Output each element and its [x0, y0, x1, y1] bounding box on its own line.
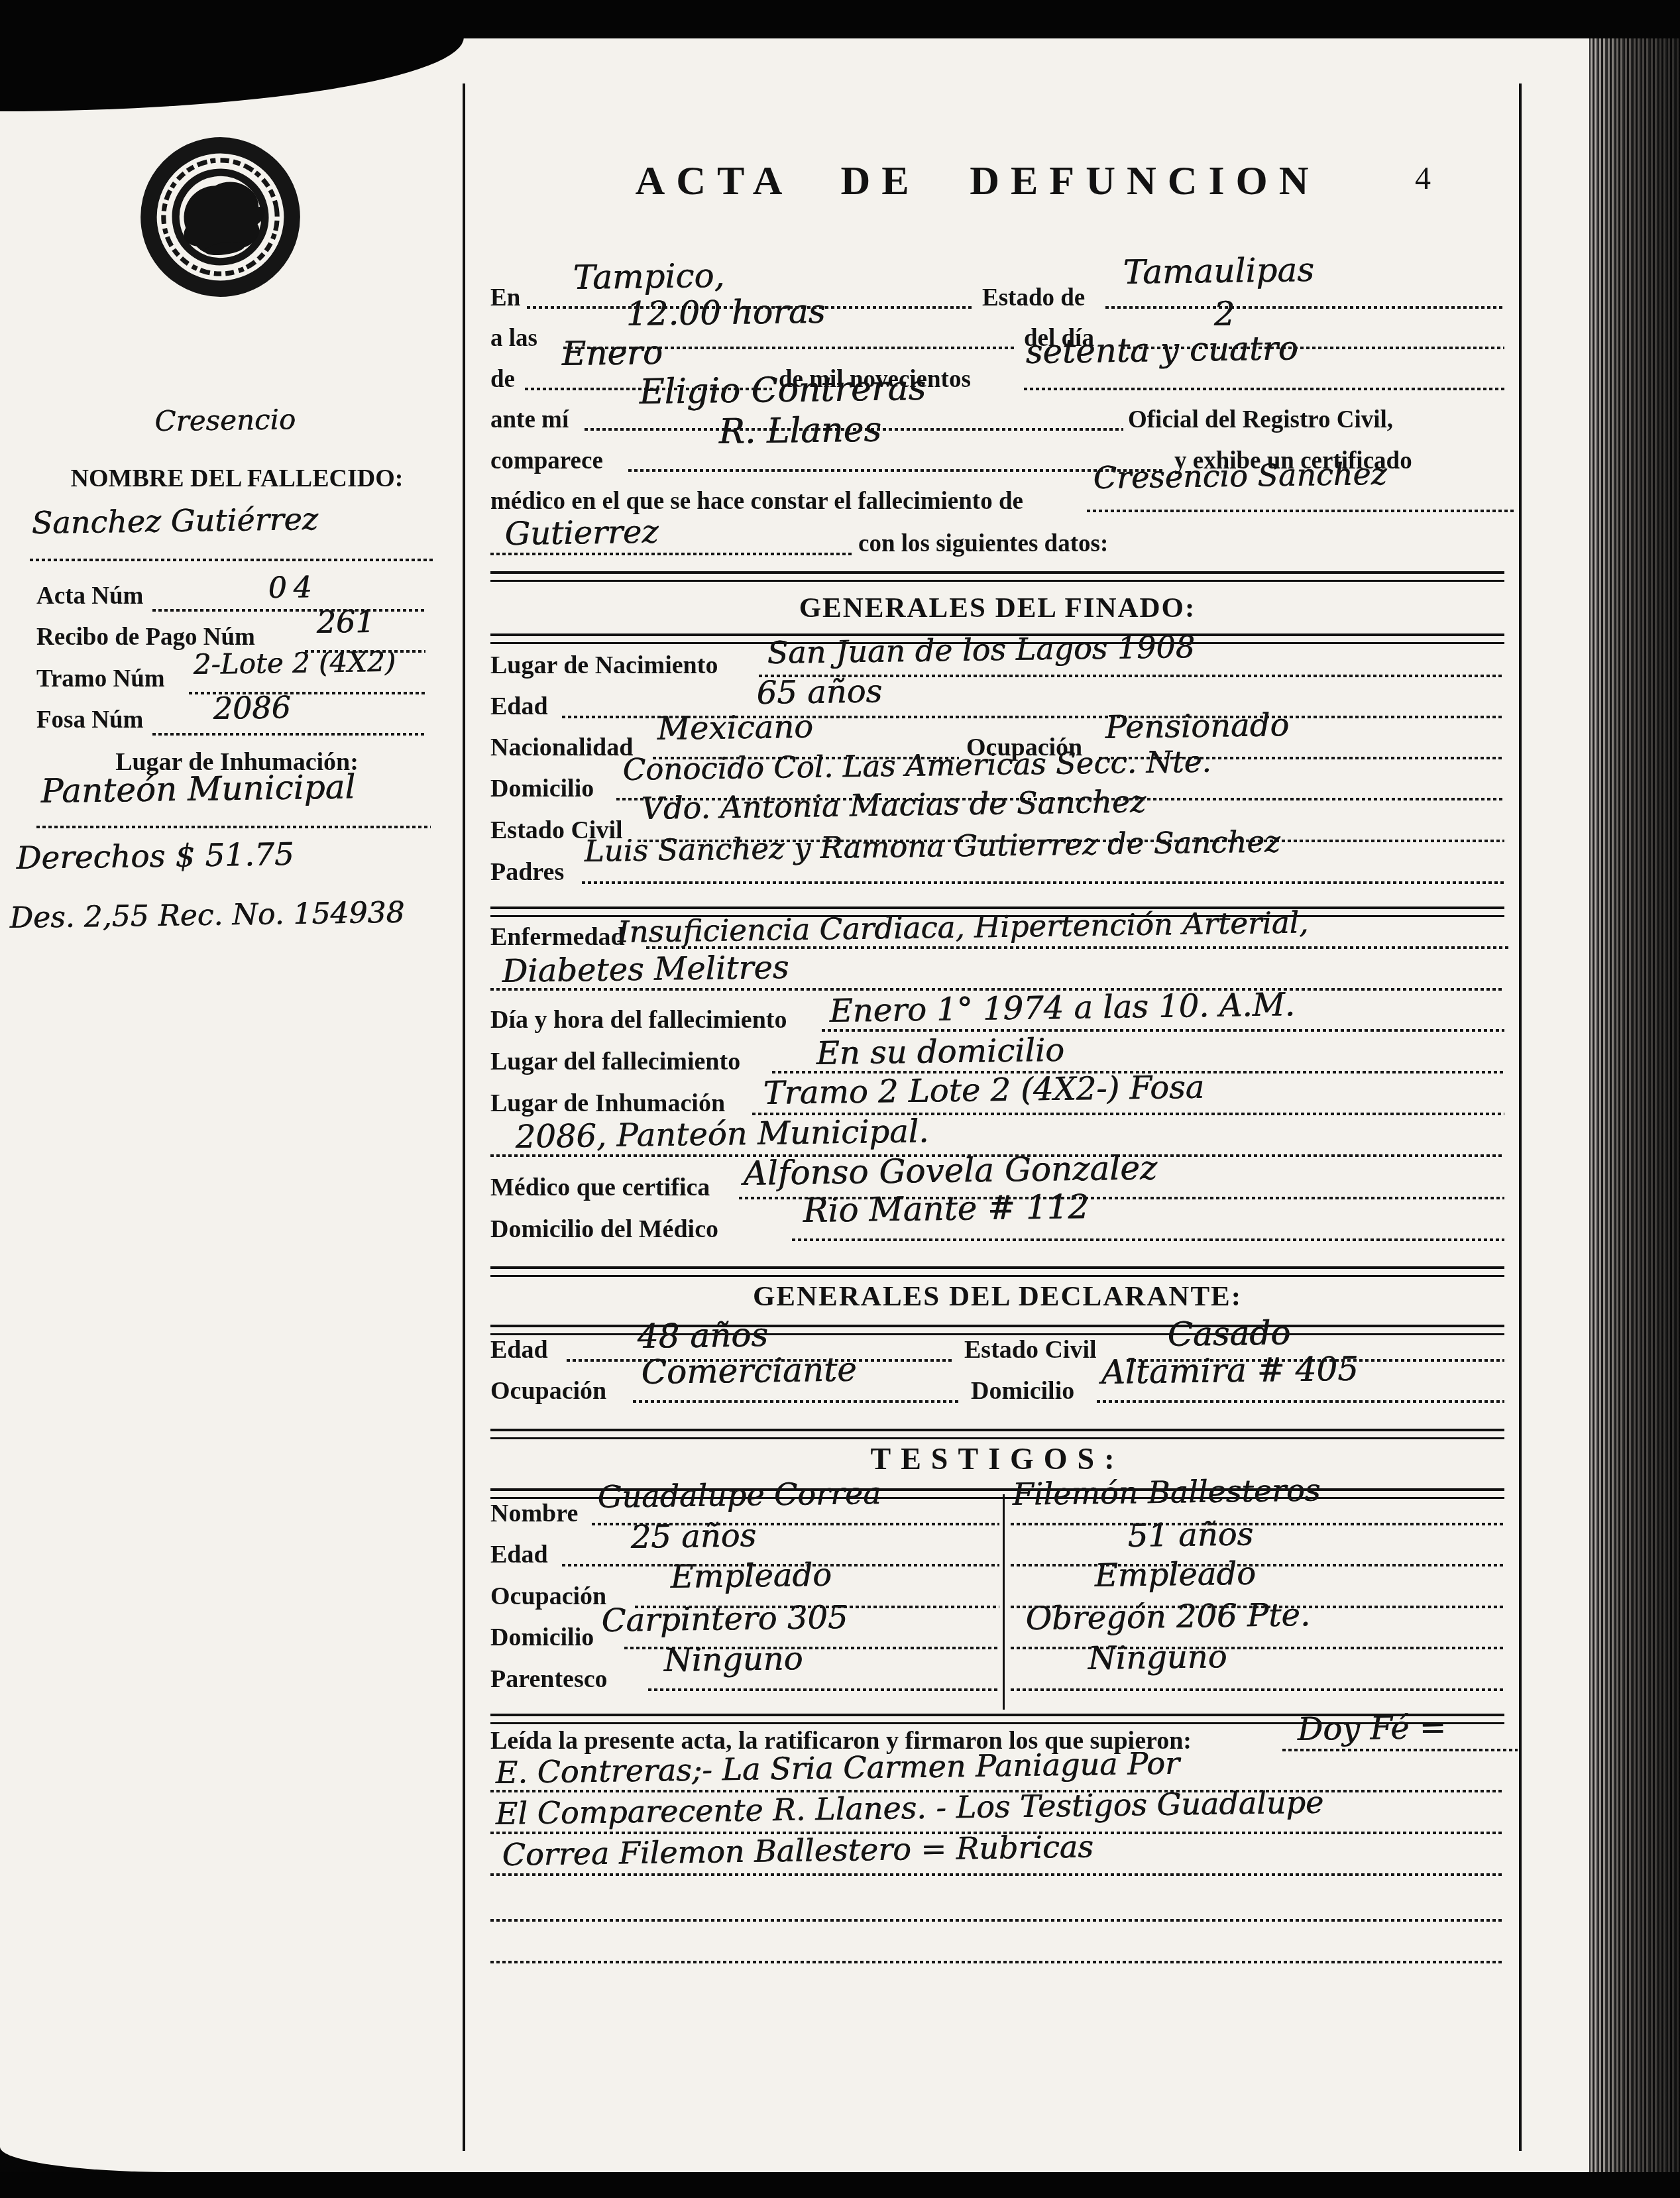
dia-value: 2 [1213, 295, 1235, 333]
form-left-border [463, 83, 465, 2151]
tramo-num-label: Tramo Núm [36, 665, 165, 693]
recibo-number-note: Des. 2,55 Rec. No. 154938 [9, 896, 404, 935]
domicilio-medico-label: Domicilio del Médico [490, 1215, 718, 1244]
fosa-num-label: Fosa Núm [36, 706, 143, 734]
mes-label: de [490, 365, 515, 394]
dotted-line [1097, 1400, 1504, 1403]
dotted-line [490, 1873, 1504, 1876]
deceased-surname-value: Gutierrez [504, 514, 659, 553]
witness2-name: Filemón Ballesteros [1012, 1472, 1320, 1512]
domicilio-medico-value: Rio Mante # 112 [803, 1187, 1089, 1230]
declarante-edad-label: Edad [490, 1335, 548, 1364]
dotted-line [1011, 1522, 1504, 1525]
witness1-address: Carpintero 305 [601, 1599, 848, 1639]
nacimiento-label: Lugar de Nacimiento [490, 651, 718, 680]
declarante-ocupacion-value: Comerciante [641, 1350, 857, 1392]
nacionalidad-value: Mexicano [657, 708, 813, 747]
enfermedad-label: Enfermedad [490, 922, 625, 952]
dotted-line [30, 558, 435, 561]
book-binding-edge [1589, 38, 1680, 2172]
dotted-line [152, 732, 425, 736]
lugar-inhumacion-value: Tramo 2 Lote 2 (4X2-) Fosa [763, 1069, 1204, 1112]
witness-column-divider [1003, 1494, 1005, 1710]
dotted-line [792, 1238, 1504, 1241]
anio-value: setenta y cuatro [1025, 329, 1298, 371]
estado-civil-value: Vdo. Antonia Macias de Sanchez [641, 783, 1146, 826]
margin-deceased-first-name: Cresencio [112, 402, 338, 438]
dotted-line [36, 825, 431, 828]
edad-value: 65 años [756, 673, 882, 712]
padres-label: Padres [490, 857, 564, 887]
witness1-name: Guadalupe Correa [597, 1475, 881, 1515]
government-seal-icon [125, 121, 315, 312]
fosa-num-value: 2086 [213, 689, 291, 726]
lugar-inhumacion-value2: 2086, Panteón Municipal. [515, 1113, 928, 1156]
margin-inhumacion-value: Panteón Municipal [40, 767, 355, 810]
dotted-line [490, 1960, 1504, 1963]
double-rule [490, 571, 1504, 582]
witness2-age: 51 años [1127, 1515, 1253, 1555]
document-title: ACTA DE DEFUNCION [490, 158, 1465, 205]
en-label: En [490, 284, 520, 312]
medico-certifica-value: Alfonso Govela Gonzalez [743, 1148, 1157, 1193]
domicilio-label: Domicilio [490, 774, 594, 803]
nacionalidad-label: Nacionalidad [490, 733, 633, 762]
lugar-inhumacion-label: Lugar de Inhumación [490, 1089, 725, 1118]
dotted-line [822, 1028, 1504, 1032]
declarante-edad-value: 48 años [637, 1315, 768, 1356]
recibo-pago-value: 261 [316, 604, 375, 640]
ocupacion-value: Pensionado [1105, 706, 1289, 746]
dotted-line [1011, 1563, 1504, 1566]
margin-deceased-label: NOMBRE DEL FALLECIDO: [50, 464, 424, 493]
dotted-line [1011, 1646, 1504, 1649]
dotted-line [582, 881, 1504, 884]
state-value: Tamaulipas [1123, 250, 1314, 292]
dotted-line [628, 468, 1164, 472]
acta-num-label: Acta Núm [36, 582, 143, 610]
witness1-relationship: Ninguno [663, 1640, 803, 1679]
testigos-heading: TESTIGOS: [490, 1441, 1504, 1476]
medico-certifica-label: Médico que certifica [490, 1173, 710, 1202]
deceased-name-value: Cresencio Sanchez [1093, 456, 1387, 496]
dia-hora-fallecimiento-label: Día y hora del fallecimiento [490, 1005, 787, 1034]
oficial-value: Eligio Contreras [639, 368, 926, 412]
dotted-line [1087, 509, 1514, 512]
testigo-parentesco-label: Parentesco [490, 1665, 608, 1694]
edad-label: Edad [490, 692, 548, 721]
witness1-occupation: Empleado [670, 1557, 832, 1596]
declarante-estado-civil-value: Casado [1167, 1313, 1290, 1354]
lugar-fallecimiento-label: Lugar del fallecimiento [490, 1047, 740, 1076]
lugar-fallecimiento-value: En su domicilio [816, 1032, 1064, 1072]
declarante-heading: GENERALES DEL DECLARANTE: [490, 1280, 1504, 1313]
declarante-domicilio-value: Altamira # 405 [1101, 1350, 1359, 1392]
form-right-border [1519, 83, 1522, 2151]
testigo-ocupacion-label: Ocupación [490, 1582, 606, 1611]
dotted-line [1282, 1748, 1518, 1751]
dotted-line [490, 1918, 1504, 1922]
datos-suffix: con los siguientes datos: [858, 529, 1108, 558]
page-number: 4 [1415, 160, 1431, 197]
dotted-line [1024, 387, 1504, 390]
declarante-estado-civil-label: Estado Civil [964, 1335, 1097, 1364]
testigo-domicilio-label: Domicilio [490, 1623, 594, 1652]
tramo-num-value: 2-Lote 2 (4X2) [193, 645, 396, 681]
dotted-line [152, 608, 425, 612]
city-value: Tampico, [573, 256, 724, 297]
nacimiento-value: San Juan de los Lagos 1908 [767, 629, 1195, 671]
dotted-line [490, 552, 852, 555]
hora-value: 12.00 horas [626, 292, 825, 333]
witness2-relationship: Ninguno [1088, 1638, 1227, 1677]
doy-fe-value: Doy Fé = [1297, 1709, 1446, 1748]
testigo-edad-label: Edad [490, 1540, 548, 1569]
dotted-line [648, 1688, 999, 1691]
scanned-death-certificate: Cresencio NOMBRE DEL FALLECIDO: Sanchez … [0, 0, 1680, 2198]
double-rule [490, 1429, 1504, 1439]
medico-certificado-label: médico en el que se hace constar el fall… [490, 487, 1023, 516]
dia-hora-fallecimiento-value: Enero 1° 1974 a las 10. A.M. [829, 986, 1295, 1030]
mes-value: Enero [561, 333, 663, 373]
dotted-line [1105, 305, 1504, 309]
witness2-occupation: Empleado [1094, 1555, 1256, 1594]
enfermedad-value2: Diabetes Melitres [502, 949, 789, 990]
witness1-age: 25 años [630, 1517, 756, 1556]
margin-deceased-surnames: Sanchez Gutiérrez [31, 501, 318, 541]
declarante-domicilio-label: Domicilio [971, 1376, 1074, 1405]
double-rule [490, 1266, 1504, 1277]
oficial-suffix: Oficial del Registro Civil, [1128, 406, 1393, 434]
dotted-line [633, 1400, 961, 1403]
comparece-label: comparece [490, 447, 603, 475]
dotted-line [1011, 1688, 1504, 1691]
testigo-nombre-label: Nombre [490, 1499, 578, 1528]
estado-label: Estado de [982, 284, 1085, 312]
hora-label: a las [490, 324, 537, 353]
scan-edge-bottom [0, 2172, 1680, 2198]
acta-num-value: 04 [268, 571, 319, 605]
comparece-value: R. Llanes [718, 410, 881, 452]
declarante-ocupacion-label: Ocupación [490, 1376, 606, 1405]
derechos-fee-note: Derechos $ 51.75 [16, 836, 294, 877]
finado-heading: GENERALES DEL FINADO: [490, 592, 1504, 624]
oficial-label: ante mí [490, 406, 569, 434]
witness2-address: Obregón 206 Pte. [1025, 1596, 1310, 1637]
